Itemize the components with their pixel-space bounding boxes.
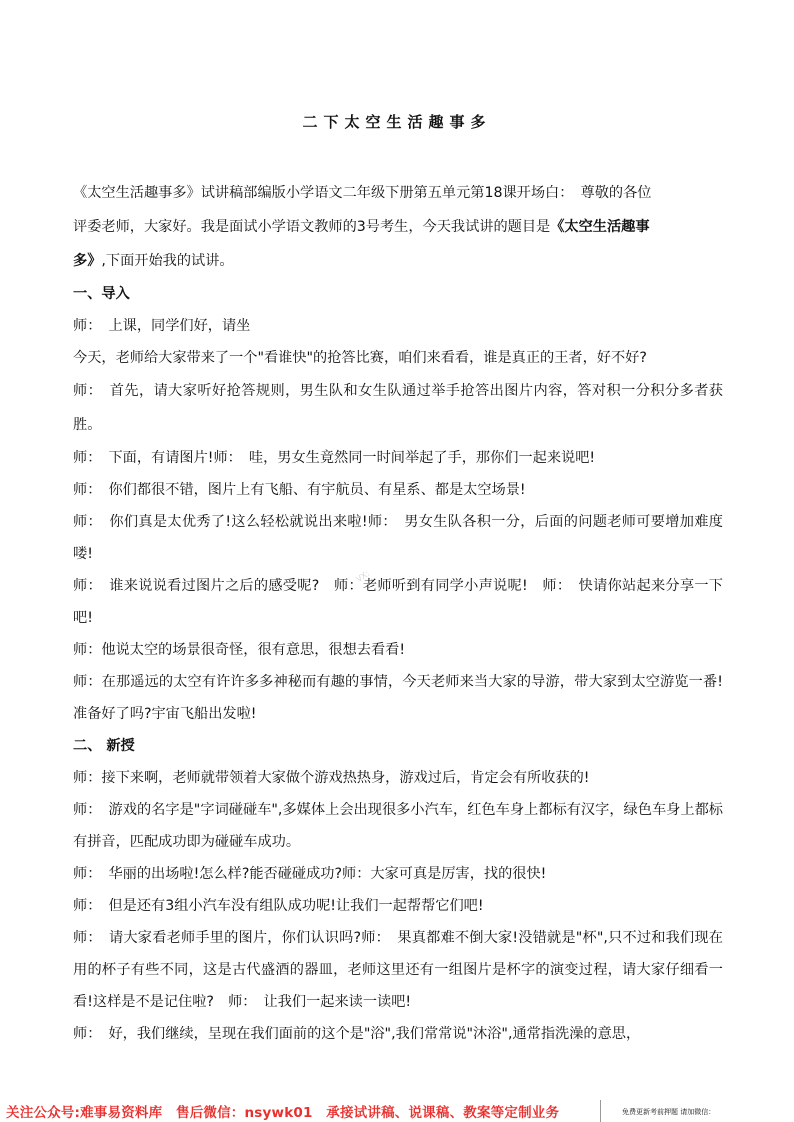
intro-line-2: 评委老师，大家好。我是面试小学语文教师的3号考生，今天我试讲的题目是 [73,219,550,235]
intro-paragraph: 《太空生活趣事多》试讲稿部编版小学语文二年级下册第五单元第18课开场白： 尊敬的… [73,176,723,278]
paragraph: 师： 你们都很不错，图片上有飞船、有宇航员、有星系、都是太空场景! [73,474,723,506]
paragraph: 今天，老师给大家带来了一个"看谁快"的抢答比赛，咱们来看看，谁是真正的王者，好不… [73,342,723,374]
paragraph: 师： 游戏的名字是"字词碰碰车",多媒体上会出现很多小汽车，红色车身上都标有汉字… [73,794,723,858]
paragraph: 师： 你们真是太优秀了!这么轻松就说出来啦!师： 男女生队各积一分，后面的问题老… [73,506,723,570]
footer-promo-text: 关注公众号:难事易资料库 售后微信：nsywk01 承接试讲稿、说课稿、教案等定… [6,1101,559,1121]
paragraph: 师：在那遥远的太空有许许多多神秘而有趣的事情，今天老师来当大家的导游，带大家到太… [73,666,723,730]
paragraph: 师：他说太空的场景很奇怪，很有意思，很想去看看! [73,634,723,666]
paragraph: 师： 上课，同学们好，请坐 [73,310,723,342]
paragraph: 师： 华丽的出场啦!怎么样?能否碰碰成功?师：大家可真是厉害，找的很快! [73,858,723,890]
lesson-title-bold-end: 多》 [73,253,101,269]
paragraph: 师： 谁来说说看过图片之后的感受呢? 师：老师听到有同学小声说呢! 师： 快请你… [73,570,723,634]
paragraph: 师： 好，我们继续，呈现在我们面前的这个是"浴",我们常常说"沐浴",通常指洗澡… [73,1018,723,1050]
section-heading-new-lesson: 二、 新授 [73,730,723,762]
document-title: 二下太空生活趣事多 [0,111,794,132]
paragraph: 师：接下来啊，老师就带领着大家做个游戏热热身，游戏过后，肯定会有所收获的! [73,762,723,794]
footer-divider [600,1100,601,1122]
paragraph: 师： 但是还有3组小汽车没有组队成功呢!让我们一起帮帮它们吧! [73,890,723,922]
intro-line-3: ,下面开始我的试讲。 [101,253,233,269]
paragraph: 师： 请大家看老师手里的图片，你们认识吗?师： 果真都难不倒大家!没错就是"杯"… [73,922,723,1018]
intro-line-1: 《太空生活趣事多》试讲稿部编版小学语文二年级下册第五单元第18课开场白： 尊敬的… [73,185,651,201]
footer-note: 免费更新考前押题 请加微信： [622,1107,715,1117]
document-body: 《太空生活趣事多》试讲稿部编版小学语文二年级下册第五单元第18课开场白： 尊敬的… [73,176,723,1050]
lesson-title-bold: 《太空生活趣事 [550,219,649,235]
section-heading-intro: 一、导入 [73,278,723,310]
paragraph: 师： 首先，请大家听好抢答规则，男生队和女生队通过举手抢答出图片内容，答对积一分… [73,374,723,442]
footer-banner: 关注公众号:难事易资料库 售后微信：nsywk01 承接试讲稿、说课稿、教案等定… [6,1100,794,1122]
paragraph: 师： 下面，有请图片!师： 哇，男女生竟然同一时间举起了手，那你们一起来说吧! [73,442,723,474]
